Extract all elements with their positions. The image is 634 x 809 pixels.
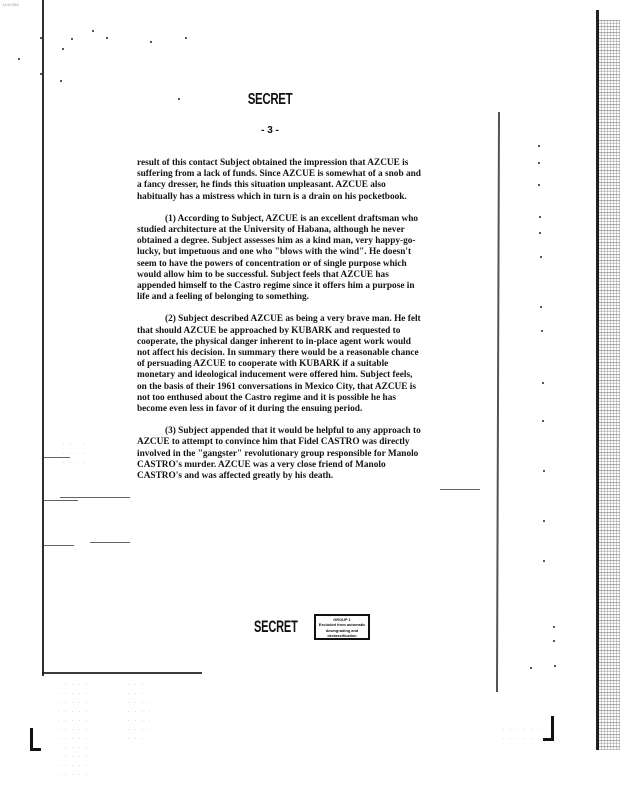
scan-dash — [60, 497, 130, 498]
scan-speck — [541, 330, 543, 332]
scan-speck — [553, 640, 555, 642]
scan-speck — [553, 626, 555, 628]
scan-speck — [543, 560, 545, 562]
scan-dash — [440, 489, 480, 490]
scan-dash — [90, 542, 130, 543]
scan-speck — [542, 420, 544, 422]
scan-speck — [538, 184, 540, 186]
scan-edge-noise — [598, 20, 620, 750]
scan-speck — [62, 48, 64, 50]
scan-speck — [60, 80, 62, 82]
stamp-line: declassification — [316, 633, 368, 638]
document-body: result of this contact Subject obtained … — [137, 158, 422, 493]
scan-noise — [55, 680, 90, 780]
classification-marking-top: SECRET — [241, 91, 299, 109]
scan-speck — [40, 37, 42, 39]
scan-border-inner-right — [496, 112, 500, 692]
scan-border-left — [42, 0, 44, 676]
paragraph-text: According to Subject, AZCUE is an excell… — [137, 214, 418, 302]
scan-speck — [71, 38, 73, 40]
scan-speck — [539, 216, 541, 218]
page-number: - 3 - — [240, 125, 300, 136]
crop-mark-right — [543, 716, 554, 741]
scan-speck — [40, 73, 42, 75]
scan-speck — [542, 382, 544, 384]
scan-speck — [530, 667, 532, 669]
paragraph-text: Subject described AZCUE as being a very … — [137, 314, 421, 414]
scan-noise — [500, 725, 540, 745]
stamp-line: Excluded from automatic — [316, 622, 368, 627]
paragraph-3: (3) Subject appended that it would be he… — [137, 426, 422, 482]
scan-speck — [539, 232, 541, 234]
paragraph-1: (1) According to Subject, AZCUE is an ex… — [137, 214, 422, 304]
classification-marking-bottom: SECRET — [254, 617, 298, 637]
scan-dash — [44, 500, 78, 501]
scan-border-bottom-left — [42, 672, 202, 674]
document-id-label: 1440086 — [2, 2, 19, 7]
paragraph-number: (2) — [165, 314, 176, 324]
paragraph-continuation: result of this contact Subject obtained … — [137, 158, 422, 203]
scan-speck — [150, 41, 152, 43]
scan-noise — [125, 680, 150, 740]
scan-speck — [538, 145, 540, 147]
scan-speck — [540, 306, 542, 308]
paragraph-number: (1) — [165, 214, 176, 224]
scan-speck — [543, 520, 545, 522]
paragraph-text: result of this contact Subject obtained … — [137, 158, 421, 202]
scan-speck — [178, 98, 180, 100]
scan-speck — [18, 58, 20, 60]
crop-mark-left — [30, 728, 41, 751]
paragraph-2: (2) Subject described AZCUE as being a v… — [137, 314, 422, 415]
scan-noise — [60, 440, 90, 470]
scan-speck — [538, 162, 540, 164]
scan-speck — [554, 665, 556, 667]
scan-speck — [543, 470, 545, 472]
scan-speck — [540, 256, 542, 258]
scan-speck — [92, 30, 94, 32]
paragraph-number: (3) — [165, 426, 176, 436]
paragraph-text: Subject appended that it would be helpfu… — [137, 426, 421, 481]
scan-speck — [185, 37, 187, 39]
scan-dash — [44, 545, 74, 546]
declassification-stamp: GROUP 1 Excluded from automatic downgrad… — [314, 614, 370, 640]
scan-speck — [106, 37, 108, 39]
